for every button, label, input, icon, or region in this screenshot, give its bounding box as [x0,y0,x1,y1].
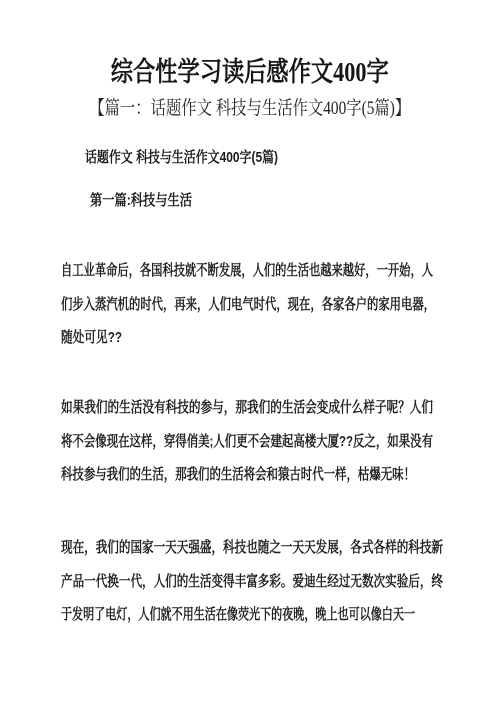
text-line-content: 于发明了电灯，人们就不用生活在像荧光下的夜晚，晚上也可以像白天一 [61,598,415,632]
paragraph-1: 自工业革命后，各国科技就不断发展，人们的生活也越来越好，一开始，人 们步入蒸汽机… [61,254,443,355]
section-heading-text: 话题作文 科技与生活作文400字(5篇) [85,148,278,168]
text-line-content: 们步入蒸汽机的时代，再来，人们电气时代，现在，各家各户的家用电器， [61,288,435,322]
text-line: 产品一代换一代，人们的生活变得丰富多彩。爱迪生经过无数次实验后，终 [61,565,443,599]
text-line-content: 科技参与我们的生活，那我们的生活将会和猿古时代一样，枯爆无味！ [61,458,415,492]
text-line-content: 自工业革命后，各国科技就不断发展，人们的生活也越来越好，一开始，人 [61,254,433,288]
page-subtitle: 【篇一：话题作文 科技与生活作文400字(5篇)】 [0,95,500,122]
page-title-text: 综合性学习读后感作文400字 [111,54,389,90]
text-line-content: 产品一代换一代，人们的生活变得丰富多彩。爱迪生经过无数次实验后，终 [61,565,443,599]
page-title: 综合性学习读后感作文400字 [0,54,500,90]
text-line: 们步入蒸汽机的时代，再来，人们电气时代，现在，各家各户的家用电器， [61,288,443,322]
text-line: 现在，我们的国家一天天强盛，科技也随之一天天发展，各式各样的科技新 [61,531,443,565]
text-line: 随处可见?? [61,321,443,355]
piece-heading: 第一篇:科技与生活 [90,191,215,211]
text-line: 科技参与我们的生活，那我们的生活将会和猿古时代一样，枯爆无味！ [61,458,443,492]
text-line: 如果我们的生活没有科技的参与，那我们的生活会变成什么样子呢？人们 [61,391,443,425]
text-line-content: 随处可见?? [61,321,122,355]
text-line: 自工业革命后，各国科技就不断发展，人们的生活也越来越好，一开始，人 [61,254,443,288]
paragraph-2: 如果我们的生活没有科技的参与，那我们的生活会变成什么样子呢？人们 将不会像现在这… [61,391,443,492]
text-line-content: 如果我们的生活没有科技的参与，那我们的生活会变成什么样子呢？人们 [61,391,433,425]
document-page: 综合性学习读后感作文400字 【篇一：话题作文 科技与生活作文400字(5篇)】… [0,0,500,707]
piece-heading-text: 第一篇:科技与生活 [90,191,192,211]
text-line-content: 现在，我们的国家一天天强盛，科技也随之一天天发展，各式各样的科技新 [61,531,443,565]
paragraph-3: 现在，我们的国家一天天强盛，科技也随之一天天发展，各式各样的科技新 产品一代换一… [61,531,443,632]
section-heading: 话题作文 科技与生活作文400字(5篇) [85,148,328,168]
text-line: 于发明了电灯，人们就不用生活在像荧光下的夜晚，晚上也可以像白天一 [61,598,443,632]
text-line-content: 将不会像现在这样，穿得俏美;人们更不会建起高楼大厦??反之，如果没有 [61,425,433,459]
page-subtitle-text: 【篇一：话题作文 科技与生活作文400字(5篇)】 [90,95,411,122]
text-line: 将不会像现在这样，穿得俏美;人们更不会建起高楼大厦??反之，如果没有 [61,425,443,459]
